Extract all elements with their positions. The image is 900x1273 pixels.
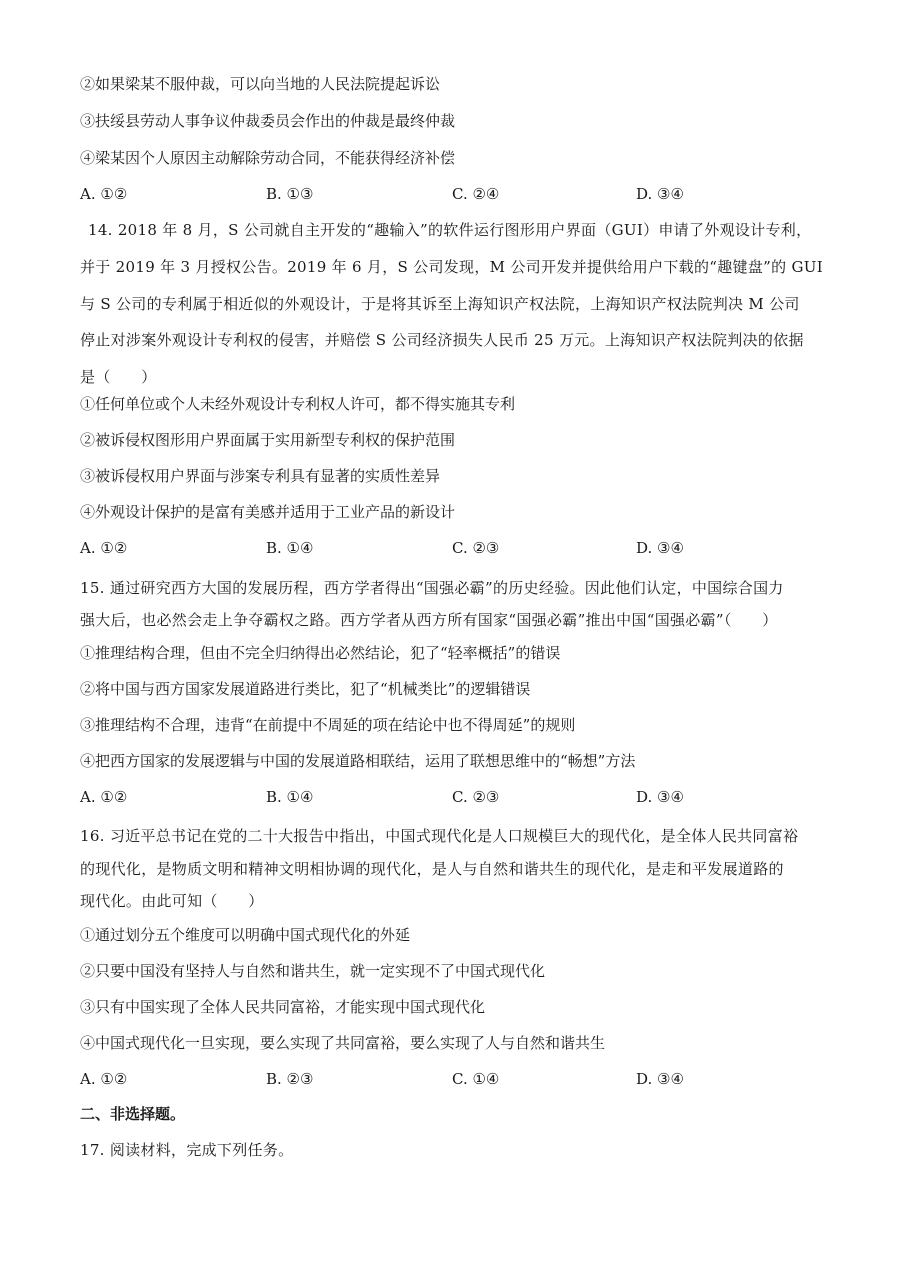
q14-option-b: B. ①④	[266, 538, 313, 558]
q15-stem-line-1: 15. 通过研究西方大国的发展历程，西方学者得出“国强必霸”的历史经验。因此他们…	[80, 578, 784, 598]
q14-statement-4: ④外观设计保护的是富有美感并适用于工业产品的新设计	[80, 502, 455, 522]
q16-option-a: A. ①②	[80, 1069, 127, 1089]
q15-stem-line-2: 强大后，也必然会走上争夺霸权之路。西方学者从西方所有国家“国强必霸”推出中国“国…	[80, 610, 778, 630]
q15-statement-2: ②将中国与西方国家发展道路进行类比，犯了“机械类比”的逻辑错误	[80, 679, 530, 699]
q16-statement-2: ②只要中国没有坚持人与自然和谐共生，就一定实现不了中国式现代化	[80, 961, 545, 981]
q15-statement-1: ①推理结构合理，但由不完全归纳得出必然结论，犯了“轻率概括”的错误	[80, 643, 560, 663]
q14-option-a: A. ①②	[80, 538, 127, 558]
q13-option-b: B. ①③	[266, 184, 313, 204]
q16-stem-line-2: 的现代化，是物质文明和精神文明相协调的现代化，是人与自然和谐共生的现代化，是走和…	[80, 859, 784, 879]
q14-stem-line-2: 并于 2019 年 3 月授权公告。2019 年 6 月，S 公司发现，M 公司…	[80, 257, 823, 277]
q14-stem-line-5: 是（ ）	[80, 367, 157, 387]
q15-option-b: B. ①④	[266, 787, 313, 807]
q14-stem-line-3: 与 S 公司的专利属于相近似的外观设计，于是将其诉至上海知识产权法院，上海知识产…	[80, 294, 800, 314]
q15-option-d: D. ③④	[636, 787, 684, 807]
q16-option-b: B. ②③	[266, 1069, 313, 1089]
q16-options: A. ①② B. ②③ C. ①④ D. ③④	[80, 1069, 840, 1089]
q13-option-c: C. ②④	[452, 184, 499, 204]
q16-stem-line-1: 16. 习近平总书记在党的二十大报告中指出，中国式现代化是人口规模巨大的现代化，…	[80, 826, 798, 846]
q17-stem: 17. 阅读材料，完成下列任务。	[80, 1140, 293, 1160]
q15-statement-3: ③推理结构不合理，违背“在前提中不周延的项在结论中也不得周延”的规则	[80, 715, 575, 735]
q13-statement-3: ③扶绥县劳动人事争议仲裁委员会作出的仲裁是最终仲裁	[80, 111, 455, 131]
q16-option-c: C. ①④	[452, 1069, 499, 1089]
q13-option-d: D. ③④	[636, 184, 684, 204]
q14-stem-line-4: 停止对涉案外观设计专利权的侵害，并赔偿 S 公司经济损失人民币 25 万元。上海…	[80, 330, 804, 350]
q15-statement-4: ④把西方国家的发展逻辑与中国的发展道路相联结，运用了联想思维中的“畅想”方法	[80, 751, 635, 771]
q16-statement-3: ③只有中国实现了全体人民共同富裕，才能实现中国式现代化	[80, 997, 485, 1017]
q14-stem-line-1: 14. 2018 年 8 月，S 公司就自主开发的“趣输入”的软件运行图形用户界…	[88, 220, 811, 240]
q14-statement-1: ①任何单位或个人未经外观设计专利权人许可，都不得实施其专利	[80, 394, 515, 414]
q14-option-c: C. ②③	[452, 538, 499, 558]
q14-statement-3: ③被诉侵权用户界面与涉案专利具有显著的实质性差异	[80, 466, 440, 486]
q13-statement-4: ④梁某因个人原因主动解除劳动合同，不能获得经济补偿	[80, 148, 455, 168]
q15-options: A. ①② B. ①④ C. ②③ D. ③④	[80, 787, 840, 807]
q15-option-c: C. ②③	[452, 787, 499, 807]
section-heading: 二、非选择题。	[80, 1104, 185, 1124]
q16-statement-4: ④中国式现代化一旦实现，要么实现了共同富裕，要么实现了人与自然和谐共生	[80, 1033, 605, 1053]
q13-options: A. ①② B. ①③ C. ②④ D. ③④	[80, 184, 840, 204]
q14-options: A. ①② B. ①④ C. ②③ D. ③④	[80, 538, 840, 558]
q16-stem-line-3: 现代化。由此可知（ ）	[80, 891, 264, 911]
q14-statement-2: ②被诉侵权图形用户界面属于实用新型专利权的保护范围	[80, 430, 455, 450]
q15-option-a: A. ①②	[80, 787, 127, 807]
q14-option-d: D. ③④	[636, 538, 684, 558]
q16-option-d: D. ③④	[636, 1069, 684, 1089]
q16-statement-1: ①通过划分五个维度可以明确中国式现代化的外延	[80, 925, 410, 945]
q13-option-a: A. ①②	[80, 184, 127, 204]
q13-statement-2: ②如果梁某不服仲裁，可以向当地的人民法院提起诉讼	[80, 74, 440, 94]
